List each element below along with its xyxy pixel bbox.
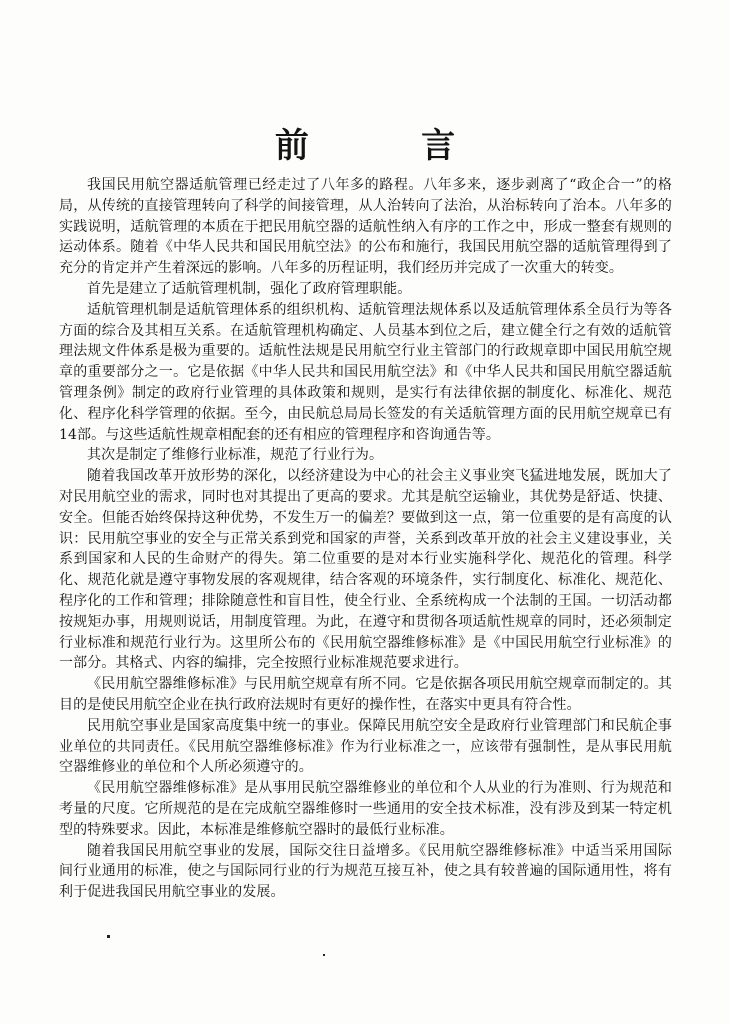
scan-speck [323, 954, 325, 956]
paragraph-second-point: 其次是制定了维修行业标准，规范了行业行为。 [59, 445, 672, 466]
paragraph-standard-vs-regulation: 《民用航空器维修标准》与民用航空规章有所不同。它是依据各项民用航空规章而制定的。… [59, 674, 672, 716]
page-title: 前言 [0, 126, 730, 166]
document-body: 我国民用航空器适航管理已经走过了八年多的路程。八年多来，逐步剥离了“政企合一”的… [59, 175, 672, 903]
paragraph-international: 随着我国民用航空事业的发展，国际交往日益增多。《民用航空器维修标准》中适当采用国… [59, 841, 672, 903]
paragraph-reform-management: 随着我国改革开放形势的深化，以经济建设为中心的社会主义事业突飞猛进地发展，既加大… [59, 466, 672, 674]
paragraph-airworthiness: 适航管理机制是适航管理体系的组织机构、适航管理法规体系以及适航管理体系全员行为等… [59, 300, 672, 446]
paragraph-first-point: 首先是建立了适航管理机制，强化了政府管理职能。 [59, 279, 672, 300]
scan-speck [107, 935, 110, 938]
paragraph-responsibility: 民用航空事业是国家高度集中统一的事业。保障民用航空安全是政府行业管理部门和民航企… [59, 716, 672, 778]
scanned-document-page: 前言 我国民用航空器适航管理已经走过了八年多的路程。八年多来，逐步剥离了“政企合… [0, 0, 730, 1024]
paragraph-scope: 《民用航空器维修标准》是从事用民航空器维修业的单位和个人从业的行为准则、行为规范… [59, 778, 672, 840]
paragraph-intro: 我国民用航空器适航管理已经走过了八年多的路程。八年多来，逐步剥离了“政企合一”的… [59, 175, 672, 279]
